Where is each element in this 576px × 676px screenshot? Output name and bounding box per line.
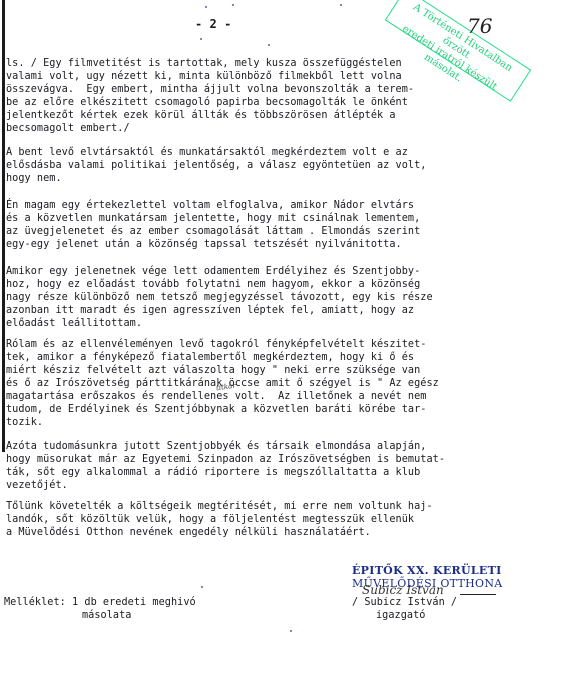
text-line: hogy nem. <box>6 172 62 185</box>
text-line: Rólam és az ellenvéleményen levő tagokró… <box>6 338 426 351</box>
left-margin-line <box>2 0 5 452</box>
text-line: azonban itt maradt és igen agresszíven l… <box>6 304 414 317</box>
signer-name: / Subicz István / <box>352 597 457 608</box>
signature-stroke <box>460 594 496 595</box>
scan-speck <box>205 6 207 8</box>
text-line: A bent levő elvtársaktól és munkatársakt… <box>6 146 408 159</box>
text-line: vezetőjét. <box>6 479 68 492</box>
document-page: - 2 - A Történeti Hivatalban őrzött ered… <box>0 0 576 676</box>
page-number: - 2 - <box>195 17 231 31</box>
text-line: ták, sőt egy alkalommal a rádió riporter… <box>6 466 420 479</box>
scan-speck <box>232 4 234 6</box>
scan-speck <box>201 586 203 588</box>
text-line: a Müvelődési Otthon nevének engedély nél… <box>6 526 371 539</box>
text-line: Én magam egy értekezlettel voltam elfogl… <box>6 199 414 212</box>
text-line: Amikor egy jelenetnek vége lett odamente… <box>6 265 420 278</box>
text-line: tudom, de Erdélyinek és Szentjóbbynak a … <box>6 403 426 416</box>
text-line: becsomagolt embert./ <box>6 122 130 135</box>
text-line: elősdásba valami politikai jelentőség, a… <box>6 159 426 172</box>
text-line: összevágva. Egy embert, mintha ájjult vo… <box>6 83 414 96</box>
text-line: miért késziz felvételt azt válaszolta ho… <box>6 364 420 377</box>
scan-speck <box>268 44 270 46</box>
text-line: valami volt, ugy nézett ki, minta különb… <box>6 70 402 83</box>
text-line: be az előre elkészitett csomagoló papirb… <box>6 96 408 109</box>
text-line: az üvegjelenetet és az ember csomagolásá… <box>6 225 420 238</box>
scan-speck <box>340 4 342 6</box>
text-line: landók, sőt közöltük velük, hogy a följe… <box>6 513 414 526</box>
text-line: Azóta tudomásunkra jutott Szentjobbyék é… <box>6 440 426 453</box>
text-line: hogy müsorukat már az Egyetemi Szinpadon… <box>6 453 445 466</box>
institution-stamp-line1: ÉPITŐK XX. KERÜLETI <box>352 564 503 577</box>
attachment-line1: Melléklet: 1 db eredeti meghivó <box>4 597 196 608</box>
text-line: tozik. <box>6 416 43 429</box>
text-line: ls. / Egy filmvetitést is tartottak, mel… <box>6 57 402 70</box>
scan-speck <box>290 630 292 632</box>
signer-title: igazgató <box>376 610 425 621</box>
text-line: és a közvetlen munkatársam jelentette, h… <box>6 212 420 225</box>
text-line: egy-egy jelenet után a közönség tapssal … <box>6 238 402 251</box>
attachment-line2: másolata <box>82 610 131 621</box>
text-line: Tőlünk követelték a költségeik megtérité… <box>6 500 433 513</box>
scan-speck <box>200 38 202 40</box>
text-line: nagy része különböző nem tetsző megjegyz… <box>6 291 433 304</box>
archive-number: 76 <box>467 14 492 38</box>
text-line: hoz, hogy ez előadást tovább folytatni n… <box>6 278 420 291</box>
text-line: tek, amikor a fényképező fiatalembertől … <box>6 351 414 364</box>
text-line: jelentkezőt kértek ezek körül állták és … <box>6 109 396 122</box>
text-line: előadást leállitottam. <box>6 317 142 330</box>
